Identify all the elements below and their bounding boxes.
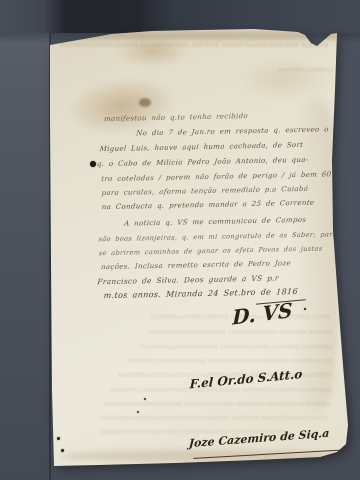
manuscript-page: munnimuunnimnuimmni munnimuunnim nuimmni… [0,0,360,480]
ink-blot [57,437,60,440]
scanned-letter-photo: munnimuunnimnuimmni munnimuunnim nuimmni… [0,0,360,480]
ink-marks-layer [0,0,360,480]
ink-blot [61,449,64,452]
ink-blot [304,308,306,310]
ink-blot [137,411,139,413]
ink-blot [90,161,96,167]
paper-sheet: munnimuunnimnuimmni munnimuunnim nuimmni… [0,0,360,480]
ink-blot [144,398,146,400]
